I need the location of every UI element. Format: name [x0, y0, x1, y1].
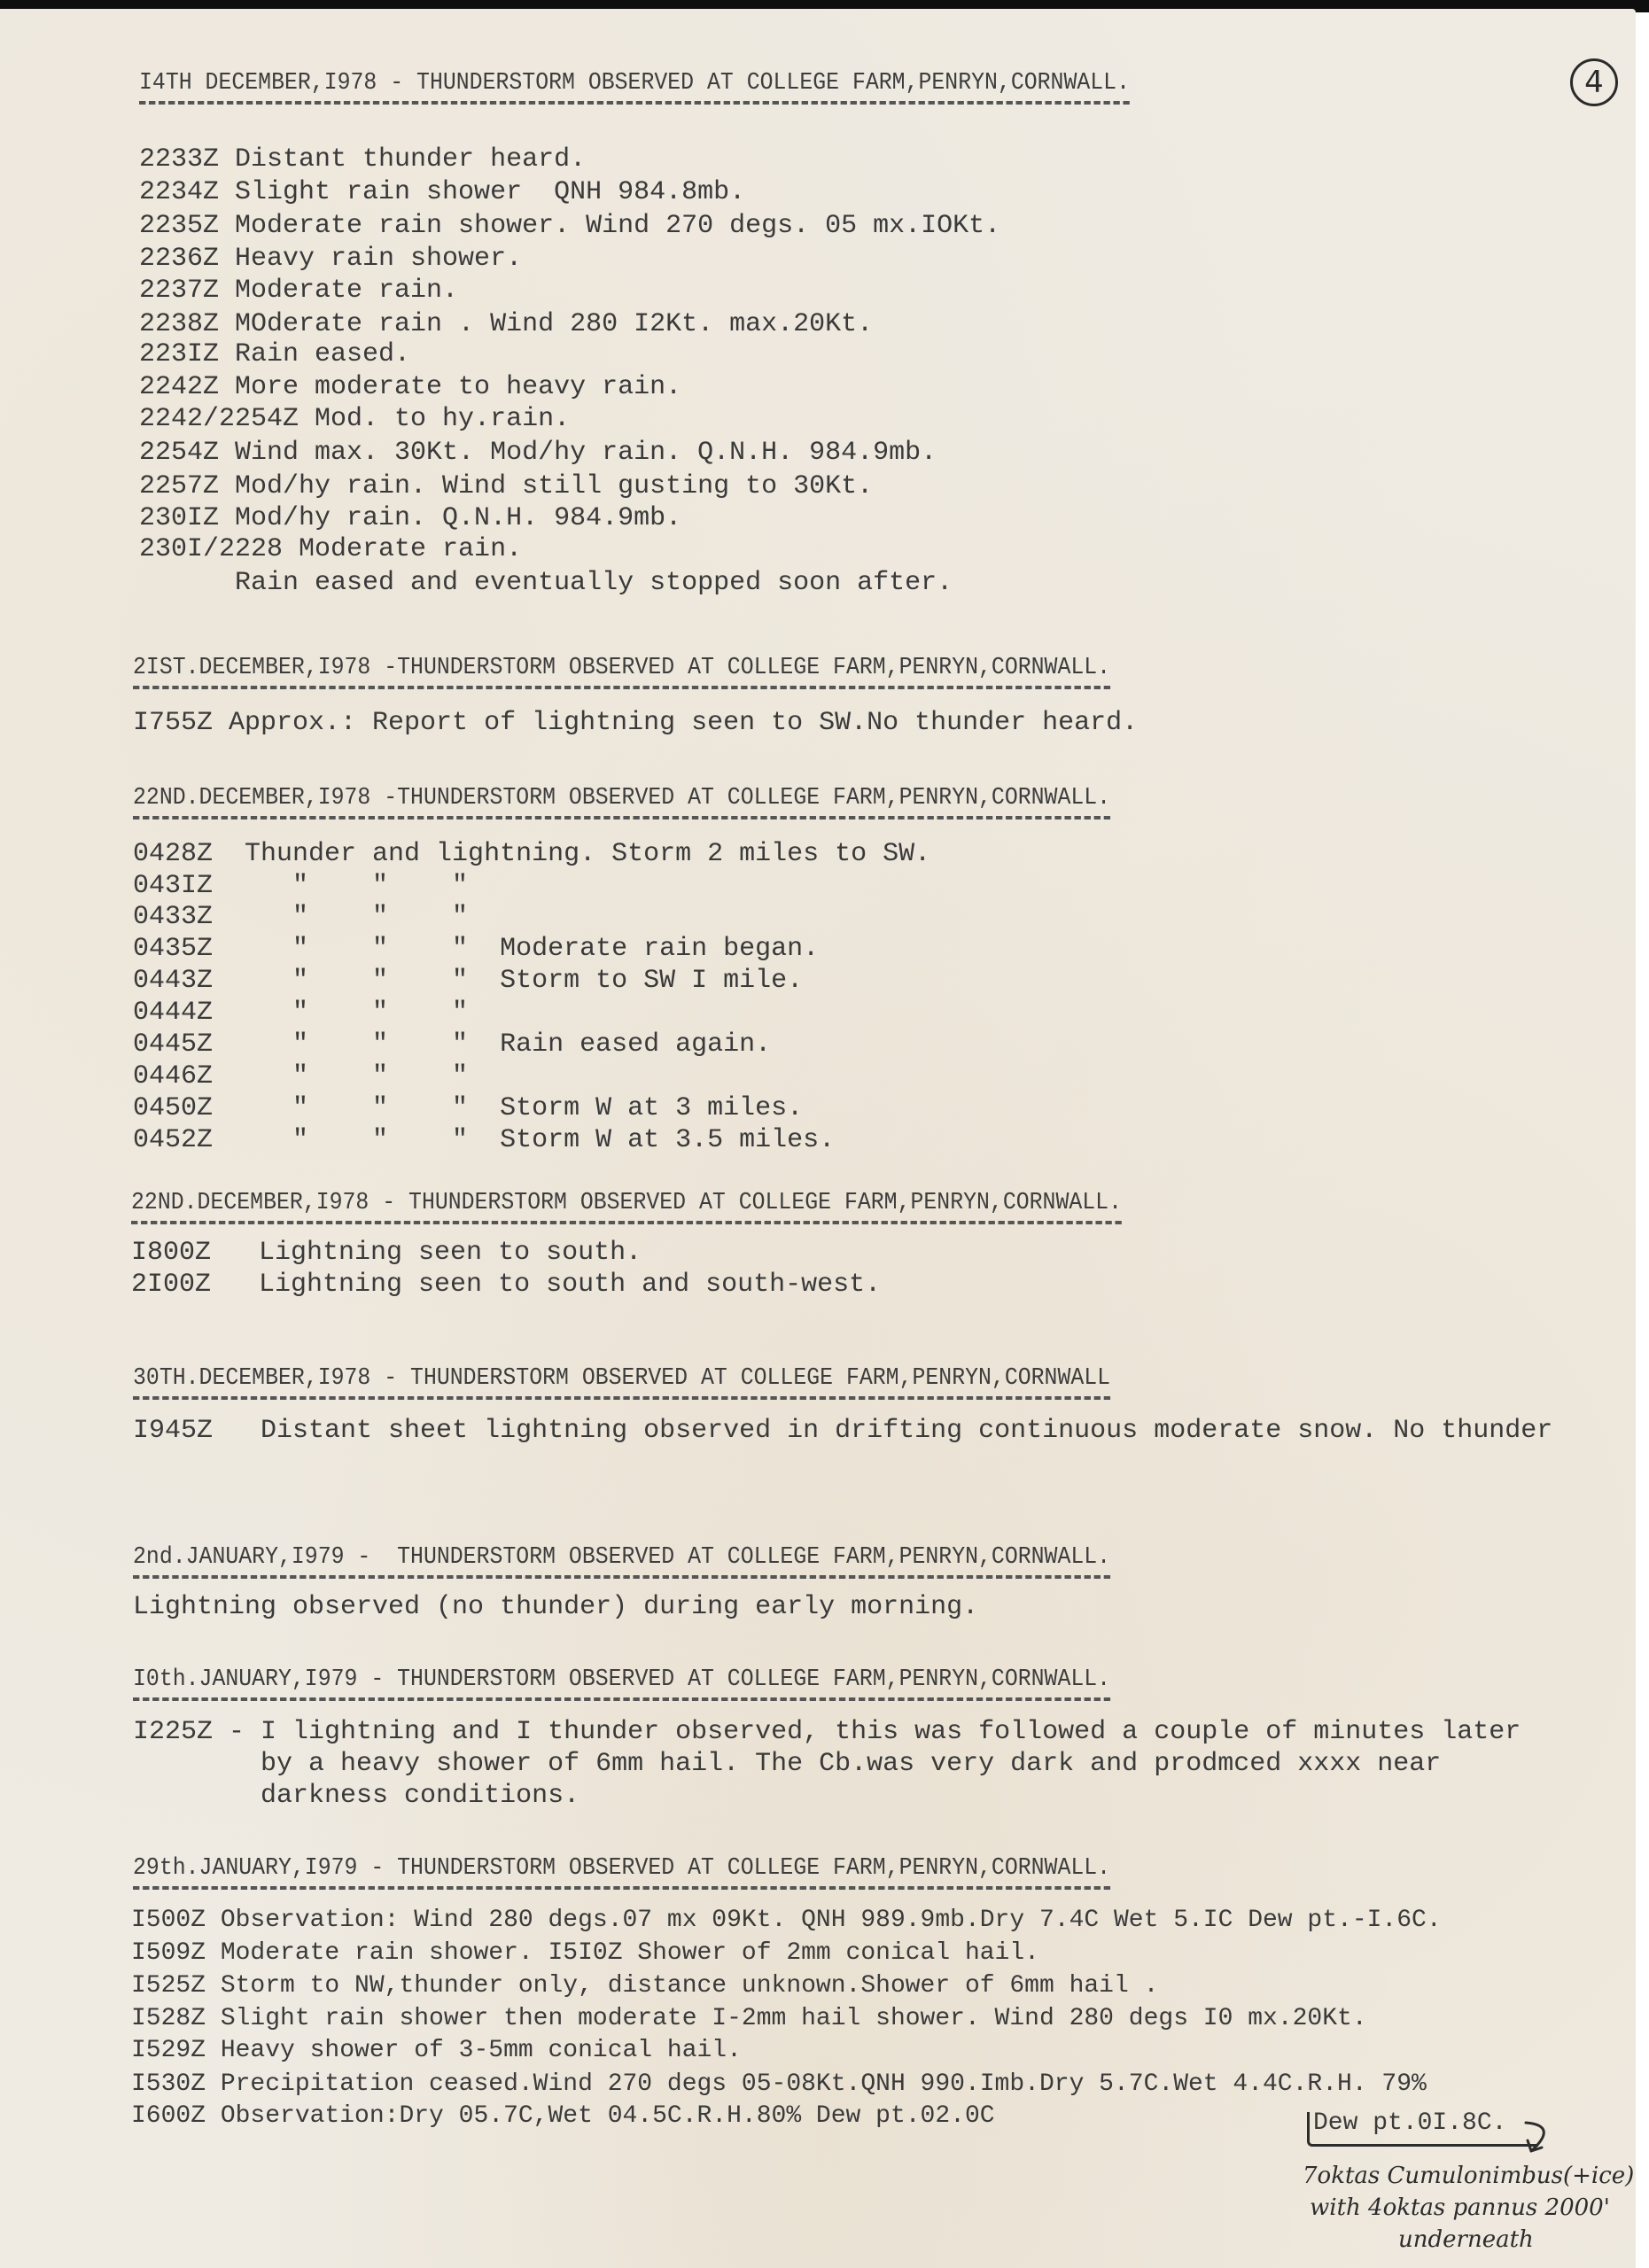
- log-line: 0444Z " " ": [133, 998, 468, 1028]
- log-line: 2I00Z Lightning seen to south and south-…: [131, 1270, 881, 1300]
- log-line: by a heavy shower of 6mm hail. The Cb.wa…: [133, 1749, 1441, 1779]
- handwritten-note-line: 7oktas Cumulonimbus(+ice): [1303, 2162, 1634, 2190]
- log-line: 0445Z " " " Rain eased again.: [133, 1029, 771, 1060]
- log-line: Rain eased and eventually stopped soon a…: [155, 568, 953, 598]
- log-line: I530Z Precipitation ceased.Wind 270 degs…: [131, 2070, 1427, 2100]
- log-line: darkness conditions.: [133, 1781, 579, 1811]
- log-line: I500Z Observation: Wind 280 degs.07 mx 0…: [131, 1906, 1442, 1936]
- log-line: 0452Z " " " Storm W at 3.5 miles.: [133, 1125, 835, 1155]
- log-line: 0446Z " " ": [133, 1061, 468, 1091]
- log-line: 230IZ Mod/hy rain. Q.N.H. 984.9mb.: [139, 503, 681, 533]
- log-line: 0433Z " " ": [133, 902, 468, 932]
- page-number: 4: [1584, 65, 1604, 100]
- log-line: 2235Z Moderate rain shower. Wind 270 deg…: [139, 211, 1000, 241]
- log-line: 2257Z Mod/hy rain. Wind still gusting to…: [139, 471, 873, 501]
- section-header: 29th.JANUARY,I979 - THUNDERSTORM OBSERVE…: [133, 1854, 1110, 1890]
- log-line: 0435Z " " " Moderate rain began.: [133, 934, 819, 964]
- log-line: 0443Z " " " Storm to SW I mile.: [133, 966, 803, 996]
- section-header: 2nd.JANUARY,I979 - THUNDERSTORM OBSERVED…: [133, 1543, 1110, 1579]
- log-line: 0450Z " " " Storm W at 3 miles.: [133, 1093, 803, 1123]
- log-line: I600Z Observation:Dry 05.7C,Wet 04.5C.R.…: [131, 2101, 995, 2132]
- handwritten-note-line: underneath: [1398, 2225, 1534, 2254]
- log-line: I528Z Slight rain shower then moderate I…: [131, 2004, 1367, 2034]
- section-header: 30TH.DECEMBER,I978 - THUNDERSTORM OBSERV…: [133, 1364, 1110, 1400]
- section-header: I0th.JANUARY,I979 - THUNDERSTORM OBSERVE…: [133, 1666, 1110, 1701]
- log-line: 2233Z Distant thunder heard.: [139, 144, 586, 175]
- log-line: I525Z Storm to NW,thunder only, distance…: [131, 1971, 1158, 2001]
- log-line: 230I/2228 Moderate rain.: [139, 534, 522, 564]
- log-line: I945Z Distant sheet lightning observed i…: [133, 1416, 1552, 1446]
- handwritten-note-line: with 4oktas pannus 2000': [1310, 2194, 1610, 2222]
- log-line: 2242Z More moderate to heavy rain.: [139, 372, 681, 402]
- section-header: I4TH DECEMBER,I978 - THUNDERSTORM OBSERV…: [139, 69, 1130, 105]
- log-line: 2242/2254Z Mod. to hy.rain.: [139, 404, 570, 434]
- page-number-circle: 4: [1570, 58, 1618, 106]
- handwritten-bracket: [1307, 2112, 1538, 2147]
- log-line: 2238Z MOderate rain . Wind 280 I2Kt. max…: [139, 309, 873, 339]
- log-line: I529Z Heavy shower of 3-5mm conical hail…: [131, 2036, 742, 2066]
- log-line: 2237Z Moderate rain.: [139, 276, 458, 306]
- log-line: I225Z - I lightning and I thunder observ…: [133, 1717, 1521, 1747]
- log-line: Lightning observed (no thunder) during e…: [133, 1592, 978, 1622]
- log-line: I509Z Moderate rain shower. I5I0Z Shower…: [131, 1938, 1039, 1969]
- log-line: 2234Z Slight rain shower QNH 984.8mb.: [139, 177, 745, 207]
- log-line: I755Z Approx.: Report of lightning seen …: [133, 708, 1138, 738]
- log-line: I800Z Lightning seen to south.: [131, 1238, 642, 1268]
- handwritten-arrow-icon: [1522, 2119, 1552, 2156]
- log-line: 223IZ Rain eased.: [139, 339, 410, 369]
- section-header: 22ND.DECEMBER,I978 -THUNDERSTORM OBSERVE…: [133, 784, 1110, 819]
- section-header: 2IST.DECEMBER,I978 -THUNDERSTORM OBSERVE…: [133, 654, 1110, 689]
- log-line: 2236Z Heavy rain shower.: [139, 244, 522, 274]
- section-header: 22ND.DECEMBER,I978 - THUNDERSTORM OBSERV…: [131, 1189, 1122, 1224]
- log-line: 2254Z Wind max. 30Kt. Mod/hy rain. Q.N.H…: [139, 438, 937, 468]
- log-line: 0428Z Thunder and lightning. Storm 2 mil…: [133, 839, 930, 869]
- log-line: 043IZ " " ": [133, 871, 468, 901]
